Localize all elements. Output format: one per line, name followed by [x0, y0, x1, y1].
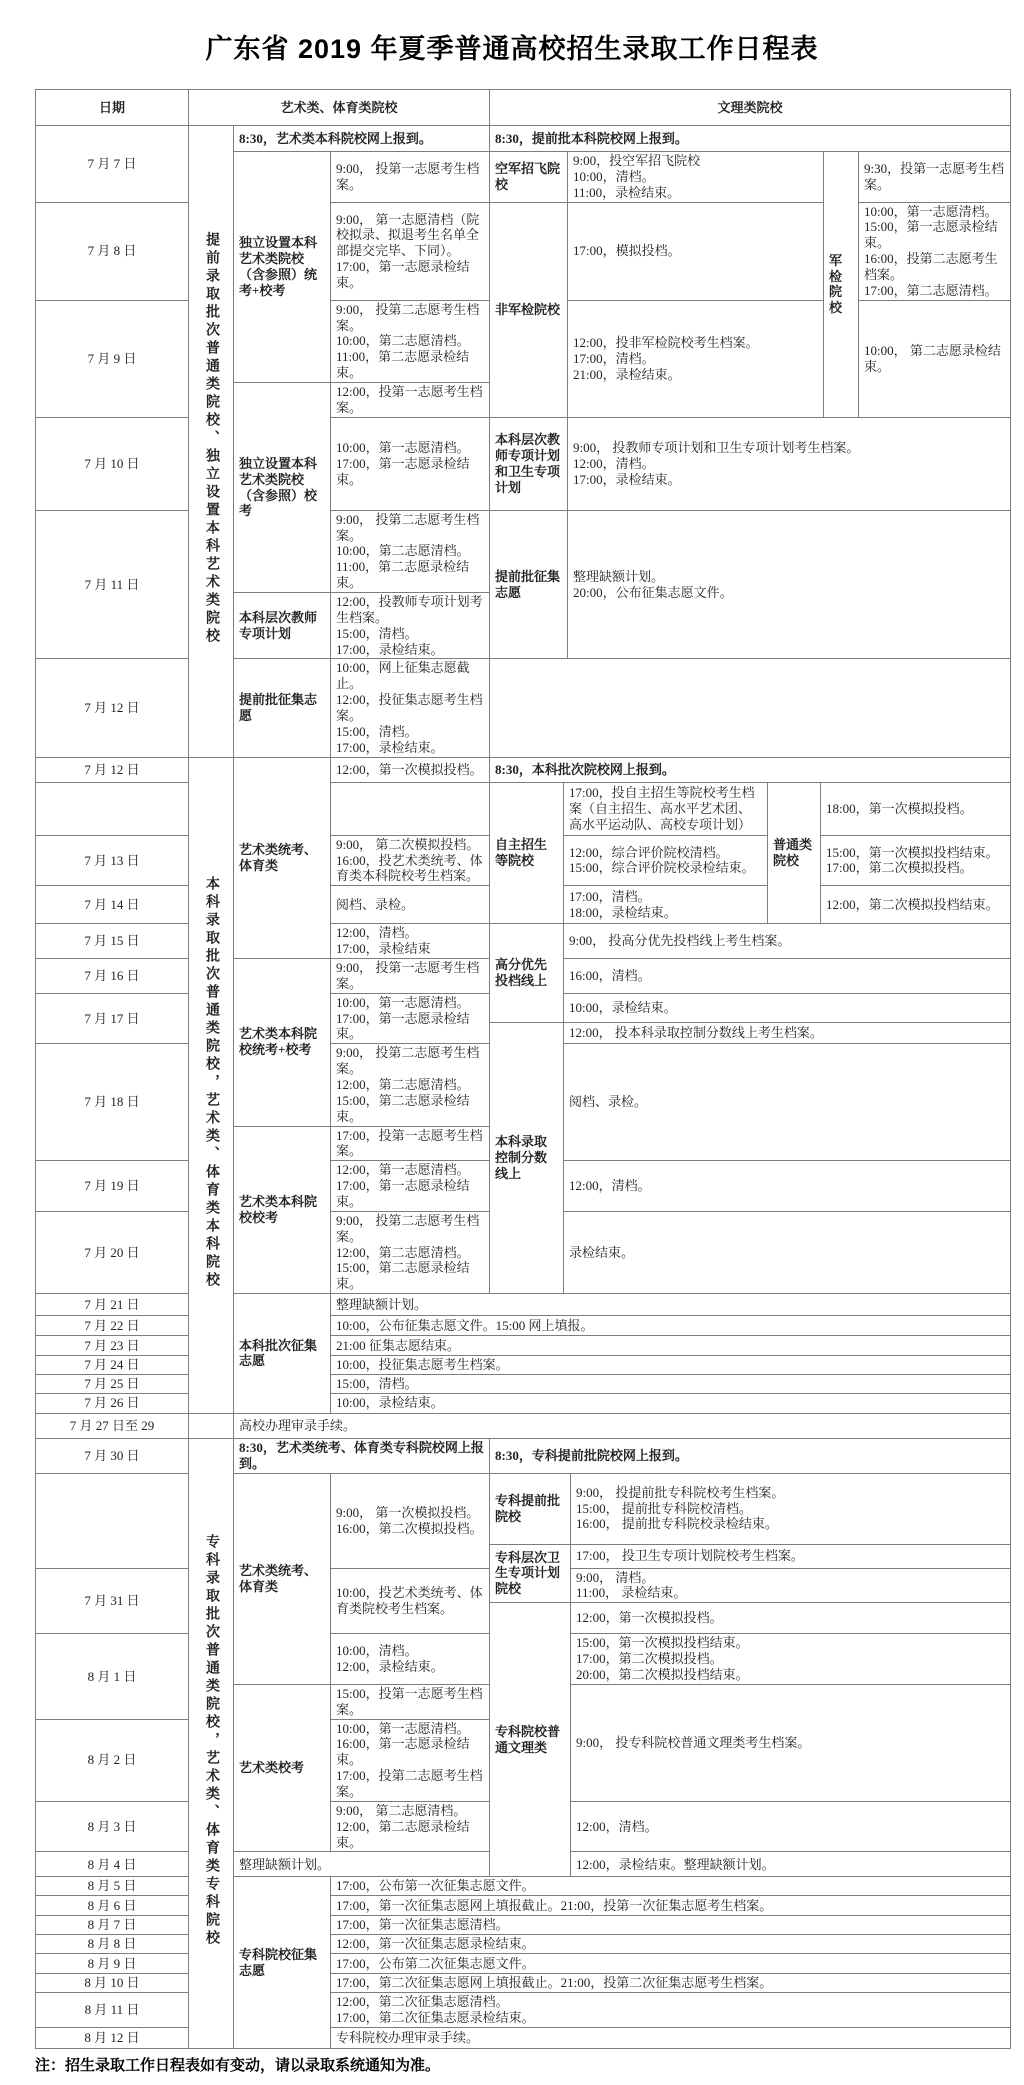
- schedule-entry: 17:00，投自主招生等院校考生档案（自主招生、高水平艺术团、高水平运动队、高校…: [564, 782, 768, 835]
- category-label: 艺术类本科院校统考+校考: [234, 958, 331, 1126]
- footnote: 注：招生录取工作日程表如有变动，请以录取系统通知为准。: [35, 2054, 1024, 2075]
- schedule-entry: 专科院校办理审录手续。: [331, 2027, 1011, 2048]
- schedule-entry: 9:00， 投高分优先投档线上考生档案。: [564, 924, 1011, 959]
- schedule-entry: 10:00，清档。 12:00，录检结束。: [331, 1634, 490, 1685]
- category-label: 空军招飞院校: [490, 152, 568, 203]
- schedule-entry: 17:00，第二次征集志愿网上填报截止。21:00，投第二次征集志愿考生档案。: [331, 1974, 1011, 1993]
- schedule-entry: 9:00， 投提前批专科院校考生档案。 15:00， 提前批专科院校清档。 16…: [571, 1473, 1011, 1544]
- schedule-entry: 阅档、录检。: [331, 886, 490, 924]
- schedule-entry: 21:00 征集志愿结束。: [331, 1336, 1011, 1356]
- date-cell: 7 月 31 日: [36, 1568, 189, 1634]
- category-label: 艺术类本科院校校考: [234, 1126, 331, 1294]
- schedule-entry: 10:00，第一志愿清档。 17:00，第一志愿录检结束。: [331, 993, 490, 1044]
- schedule-entry: 9:30，投第一志愿考生档案。: [859, 152, 1011, 203]
- date-cell: 7 月 7 日: [36, 126, 189, 203]
- date-cell: 8 月 11 日: [36, 1992, 189, 2027]
- column-header: 日期: [36, 90, 189, 126]
- date-cell: 8 月 2 日: [36, 1719, 189, 1801]
- column-header: 艺术类、体育类院校: [189, 90, 490, 126]
- schedule-entry: 12:00，第一次模拟投档。: [571, 1603, 1011, 1634]
- schedule-entry: 12:00，第一次征集志愿录检结束。: [331, 1935, 1011, 1954]
- schedule-entry: 15:00，第一次模拟投档结束。 17:00，第二次模拟投档。 20:00，第二…: [571, 1634, 1011, 1685]
- category-label: 艺术类统考、体育类: [234, 757, 331, 958]
- date-cell: 7 月 12 日: [36, 659, 189, 757]
- schedule-entry: 17:00，第一次征集志愿清档。: [331, 1916, 1011, 1935]
- date-cell: 7 月 19 日: [36, 1161, 189, 1212]
- schedule-entry: 10:00，投征集志愿考生档案。: [331, 1356, 1011, 1375]
- batch-group-label: 提前录取批次普通类院校、独立设置本科艺术类院校: [189, 126, 234, 758]
- date-cell: 8 月 4 日: [36, 1852, 189, 1877]
- schedule-table-container: 日期艺术类、体育类院校文理类院校7 月 7 日提前录取批次普通类院校、独立设置本…: [0, 89, 1024, 2049]
- date-cell: 7 月 13 日: [36, 835, 189, 886]
- schedule-entry: 17:00，第一次征集志愿网上填报截止。21:00，投第一次征集志愿考生档案。: [331, 1896, 1011, 1916]
- date-cell: 8 月 6 日: [36, 1896, 189, 1916]
- schedule-entry: 12:00，投非军检院校考生档案。 17:00，清档。 21:00，录检结束。: [568, 300, 824, 417]
- date-cell: 7 月 18 日: [36, 1044, 189, 1161]
- category-label: 本科层次教师专项计划和卫生专项计划: [490, 417, 568, 510]
- date-cell: 7 月 20 日: [36, 1211, 189, 1293]
- schedule-entry: 16:00，清档。: [564, 958, 1011, 993]
- batch-group-label: 本科录取批次普通类院校，艺术类、体育类本科院校: [189, 757, 234, 1413]
- schedule-entry: 阅档、录检。: [564, 1044, 1011, 1161]
- date-cell: 7 月 24 日: [36, 1356, 189, 1375]
- date-cell: 8 月 12 日: [36, 2027, 189, 2048]
- date-cell: 7 月 9 日: [36, 300, 189, 417]
- date-cell: 7 月 17 日: [36, 993, 189, 1044]
- schedule-band-3: 7 月 30 日专科录取批次普通类院校，艺术类、体育类专科院校8:30，艺术类统…: [35, 1438, 1011, 2049]
- schedule-entry: 17:00，投第一志愿考生档案。: [331, 1126, 490, 1161]
- schedule-entry: 17:00，清档。 18:00，录检结束。: [564, 886, 768, 924]
- schedule-entry: 10:00，公布征集志愿文件。15:00 网上填报。: [331, 1316, 1011, 1336]
- schedule-entry: 12:00，综合评价院校清档。 15:00，综合评价院校录检结束。: [564, 835, 768, 886]
- schedule-entry: 12:00，清档。 17:00，录检结束: [331, 924, 490, 959]
- date-cell: 7 月 16 日: [36, 958, 189, 993]
- schedule-entry: 9:00， 第一志愿清档（院校拟录、拟退考生名单全部提交完毕、下同）。 17:0…: [331, 202, 490, 300]
- category-label: 提前批征集志愿: [234, 659, 331, 757]
- schedule-entry: 高校办理审录手续。: [234, 1413, 1011, 1438]
- schedule-entry: 9:00， 投教师专项计划和卫生专项计划考生档案。 12:00，清档。 17:0…: [568, 417, 1011, 510]
- schedule-entry: 17:00， 投卫生专项计划院校考生档案。: [571, 1544, 1011, 1568]
- category-label: 艺术类统考、体育类: [234, 1473, 331, 1684]
- schedule-entry: 9:00， 投第一志愿考生档案。: [331, 152, 490, 203]
- schedule-entry: 17:00，公布第二次征集志愿文件。: [331, 1954, 1011, 1974]
- date-cell: 8 月 10 日: [36, 1974, 189, 1993]
- schedule-entry: 15:00，第一次模拟投档结束。 17:00，第二次模拟投档。: [821, 835, 1011, 886]
- category-label: 专科提前批院校: [490, 1473, 571, 1544]
- date-cell: 8 月 7 日: [36, 1916, 189, 1935]
- date-cell: 7 月 14 日: [36, 886, 189, 924]
- schedule-entry: 12:00，清档。: [564, 1161, 1011, 1212]
- schedule-entry: 9:00， 投第二志愿考生档案。 10:00，第二志愿清档。 11:00，第二志…: [331, 510, 490, 592]
- schedule-page: 广东省 2019 年夏季普通高校招生录取工作日程表 日期艺术类、体育类院校文理类…: [0, 0, 1024, 2075]
- batch-group-label: 专科录取批次普通类院校，艺术类、体育类专科院校: [189, 1438, 234, 2048]
- schedule-entry: 10:00，录检结束。: [331, 1393, 1011, 1413]
- date-cell: 7 月 12 日: [36, 757, 189, 782]
- category-label: 独立设置本科艺术类院校（含参照）校考: [234, 383, 331, 593]
- schedule-entry: 整理缺额计划。 20:00，公布征集志愿文件。: [568, 510, 1011, 659]
- schedule-entry: 12:00，第一次模拟投档。: [331, 757, 490, 782]
- category-label: 专科院校征集志愿: [234, 1877, 331, 2048]
- category-label: 专科院校普通文理类: [490, 1603, 571, 1877]
- schedule-entry: 9:00， 第一次模拟投档。 16:00，第二次模拟投档。: [331, 1473, 490, 1568]
- date-cell: 7 月 27 日至 29: [36, 1413, 189, 1438]
- schedule-band-2: 7 月 12 日本科录取批次普通类院校，艺术类、体育类本科院校艺术类统考、体育类…: [35, 757, 1011, 1439]
- category-label: 自主招生等院校: [490, 782, 564, 924]
- date-cell: 7 月 26 日: [36, 1393, 189, 1413]
- date-cell: 7 月 15 日: [36, 924, 189, 959]
- date-cell: 7 月 21 日: [36, 1294, 189, 1316]
- category-label: 独立设置本科艺术类院校（含参照）统考+校考: [234, 152, 331, 383]
- date-cell: 7 月 22 日: [36, 1316, 189, 1336]
- empty-cell: [36, 782, 189, 835]
- report-notice: 8:30，艺术类统考、体育类专科院校网上报到。: [234, 1438, 490, 1473]
- page-title: 广东省 2019 年夏季普通高校招生录取工作日程表: [0, 0, 1024, 90]
- schedule-entry: 9:00， 投第二志愿考生档案。 10:00，第二志愿清档。 11:00，第二志…: [331, 300, 490, 382]
- empty-cell: [36, 1473, 189, 1568]
- schedule-entry: 12:00，第二次征集志愿清档。 17:00，第二次征集志愿录检结束。: [331, 1992, 1011, 2027]
- category-label: 军检院校: [824, 152, 859, 418]
- schedule-entry: 12:00， 投本科录取控制分数线上考生档案。: [564, 1022, 1011, 1044]
- date-cell: 8 月 3 日: [36, 1801, 189, 1852]
- schedule-entry: 9:00， 第二次模拟投档。 16:00，投艺术类统考、体育类本科院校考生档案。: [331, 835, 490, 886]
- category-label: 本科批次征集志愿: [234, 1294, 331, 1414]
- category-label: 普通类院校: [768, 782, 821, 924]
- category-label: 提前批征集志愿: [490, 510, 568, 659]
- schedule-entry: 10:00，投艺术类统考、体育类院校考生档案。: [331, 1568, 490, 1634]
- batch-group-text: 本科录取批次普通类院校，艺术类、体育类本科院校: [204, 876, 218, 1290]
- schedule-entry: 9:00，投空军招飞院校 10:00，清档。 11:00，录检结束。: [568, 152, 824, 203]
- category-label: 非军检院校: [490, 202, 568, 417]
- date-cell: 7 月 10 日: [36, 417, 189, 510]
- schedule-entry: 18:00，第一次模拟投档。: [821, 782, 1011, 835]
- schedule-entry: 10:00，第一志愿清档。 16:00，第一志愿录检结束。 17:00，投第二志…: [331, 1719, 490, 1801]
- report-notice: 8:30，提前批本科院校网上报到。: [490, 126, 1011, 152]
- schedule-band-1: 7 月 7 日提前录取批次普通类院校、独立设置本科艺术类院校8:30，艺术类本科…: [35, 125, 1011, 758]
- schedule-entry: 9:00， 投第一志愿考生档案。: [331, 958, 490, 993]
- schedule-entry: 15:00，清档。: [331, 1374, 1011, 1393]
- schedule-entry: 录检结束。: [564, 1211, 1011, 1293]
- schedule-entry: 12:00，录检结束。整理缺额计划。: [571, 1852, 1011, 1877]
- schedule-entry: 9:00， 投第二志愿考生档案。 12:00，第二志愿清档。 15:00，第二志…: [331, 1044, 490, 1126]
- category-label: 本科层次教师专项计划: [234, 593, 331, 659]
- empty-cell: [490, 659, 1011, 757]
- date-cell: 7 月 30 日: [36, 1438, 189, 1473]
- report-notice: 8:30，本科批次院校网上报到。: [490, 757, 1011, 782]
- category-label: 本科录取控制分数线上: [490, 1022, 564, 1293]
- date-cell: 8 月 8 日: [36, 1935, 189, 1954]
- category-label: 高分优先投档线上: [490, 924, 564, 1022]
- report-notice: 8:30，专科提前批院校网上报到。: [490, 1438, 1011, 1473]
- schedule-entry: 12:00，投教师专项计划考生档案。 15:00，清档。 17:00，录检结束。: [331, 593, 490, 659]
- report-notice: 8:30，艺术类本科院校网上报到。: [234, 126, 490, 152]
- schedule-entry: 9:00， 第二志愿清档。 12:00，第二志愿录检结束。: [331, 1801, 490, 1852]
- date-cell: 7 月 23 日: [36, 1336, 189, 1356]
- batch-group-text: 提前录取批次普通类院校、独立设置本科艺术类院校: [204, 232, 218, 646]
- date-cell: 8 月 5 日: [36, 1877, 189, 1896]
- schedule-entry: 整理缺额计划。: [234, 1852, 490, 1877]
- schedule-entry: 10:00，网上征集志愿截止。 12:00，投征集志愿考生档案。 15:00，清…: [331, 659, 490, 757]
- date-cell: 7 月 8 日: [36, 202, 189, 300]
- schedule-entry: 9:00， 清档。 11:00， 录检结束。: [571, 1568, 1011, 1603]
- batch-group-text: 专科录取批次普通类院校，艺术类、体育类专科院校: [204, 1534, 218, 1948]
- schedule-entry: 17:00，模拟投档。: [568, 202, 824, 300]
- schedule-entry: 12:00，第一志愿清档。 17:00，第一志愿录检结束。: [331, 1161, 490, 1212]
- schedule-entry: 17:00，公布第一次征集志愿文件。: [331, 1877, 1011, 1896]
- schedule-entry: 12:00，清档。: [571, 1801, 1011, 1852]
- schedule-entry: 10:00，第一志愿清档。 17:00，第一志愿录检结束。: [331, 417, 490, 510]
- schedule-entry: 10:00，第一志愿清档。 15:00，第一志愿录检结束。 16:00，投第二志…: [859, 202, 1011, 300]
- schedule-entry: 12:00，投第一志愿考生档案。: [331, 383, 490, 418]
- schedule-entry: 10:00， 第二志愿录检结束。: [859, 300, 1011, 417]
- schedule-entry: 12:00，第二次模拟投档结束。: [821, 886, 1011, 924]
- schedule-entry: 10:00，录检结束。: [564, 993, 1011, 1022]
- empty-cell: [189, 1413, 234, 1438]
- date-cell: 8 月 1 日: [36, 1634, 189, 1719]
- schedule-entry: 15:00，投第一志愿考生档案。: [331, 1684, 490, 1719]
- empty-cell: [331, 782, 490, 835]
- schedule-entry: 整理缺额计划。: [331, 1294, 1011, 1316]
- date-cell: 7 月 11 日: [36, 510, 189, 659]
- column-header: 文理类院校: [490, 90, 1011, 126]
- schedule-band-0: 日期艺术类、体育类院校文理类院校: [35, 89, 1011, 126]
- category-label: 专科层次卫生专项计划院校: [490, 1544, 571, 1603]
- schedule-entry: 9:00， 投第二志愿考生档案。 12:00，第二志愿清档。 15:00，第二志…: [331, 1211, 490, 1293]
- schedule-entry: 9:00， 投专科院校普通文理类考生档案。: [571, 1684, 1011, 1801]
- date-cell: 7 月 25 日: [36, 1374, 189, 1393]
- category-label: 艺术类校考: [234, 1684, 331, 1852]
- date-cell: 8 月 9 日: [36, 1954, 189, 1974]
